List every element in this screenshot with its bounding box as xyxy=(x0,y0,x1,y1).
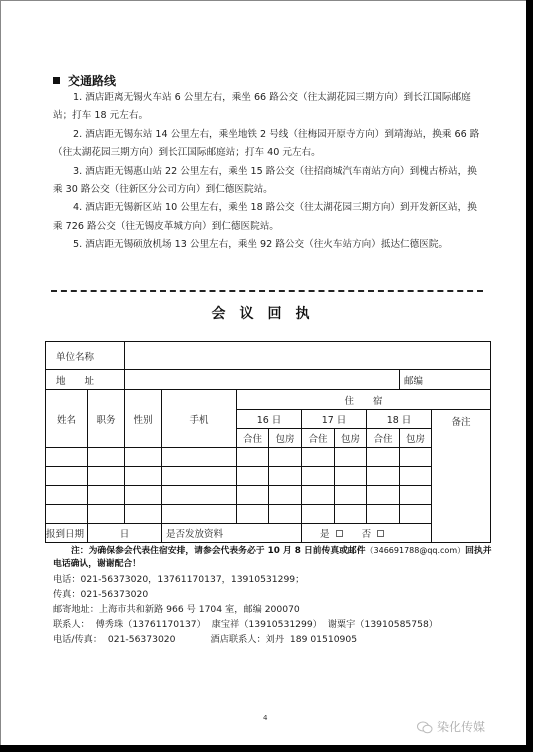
header-shared: 合住 xyxy=(302,429,335,448)
cell[interactable] xyxy=(237,467,269,486)
cell[interactable] xyxy=(125,486,162,505)
cell[interactable] xyxy=(125,448,162,467)
cell[interactable] xyxy=(88,467,125,486)
cell[interactable] xyxy=(162,448,237,467)
header-single: 包房 xyxy=(269,429,302,448)
cell[interactable] xyxy=(400,486,432,505)
cell[interactable] xyxy=(335,467,367,486)
cell[interactable] xyxy=(269,486,302,505)
square-bullet-icon xyxy=(53,77,60,84)
unit-name-field[interactable] xyxy=(125,342,491,370)
cell[interactable] xyxy=(302,505,335,524)
unit-name-label: 单位名称 xyxy=(46,342,125,370)
header-name: 姓名 xyxy=(46,390,88,448)
contact-phone: 电话：021-56373020，13761170137，13910531299； xyxy=(53,572,304,587)
contact-address: 邮寄地址：上海市共和新路 966 号 1704 室，邮编 200070 xyxy=(53,602,300,617)
header-position: 职务 xyxy=(88,390,125,448)
header-day-17: 17 日 xyxy=(302,410,367,429)
contact-fax: 传真：021-56373020 xyxy=(53,587,148,602)
header-gender: 性别 xyxy=(125,390,162,448)
cell[interactable] xyxy=(46,448,88,467)
registration-form-table: 单位名称 地 址 邮编 姓名 职务 性别 手机 住 宿 16 日 17 日 18… xyxy=(45,341,491,543)
materials-label: 是否发放资料 xyxy=(162,524,302,543)
email-link[interactable]: （346691788@qq.com） xyxy=(366,546,466,555)
form-title: 会议回执 xyxy=(1,303,533,323)
route-item: 3. 酒店距无锡惠山站 22 公里左右，乘坐 15 路公交（往招商城汽车南站方向… xyxy=(53,163,485,200)
route-item: 1. 酒店距离无锡火车站 6 公里左右，乘坐 66 路公交（往太湖花园三期方向）… xyxy=(53,89,485,126)
cell[interactable] xyxy=(162,486,237,505)
cell[interactable] xyxy=(335,448,367,467)
materials-choice: 是 否 xyxy=(302,524,491,543)
route-item: 4. 酒店距无锡新区站 10 公里左右，乘坐 18 路公交（往太湖花园三期方向）… xyxy=(53,199,485,236)
document-page: 交通路线 1. 酒店距离无锡火车站 6 公里左右，乘坐 66 路公交（往太湖花园… xyxy=(0,0,526,745)
attendee-row xyxy=(46,448,491,467)
cell[interactable] xyxy=(88,448,125,467)
yes-checkbox[interactable] xyxy=(336,530,343,537)
contact-people: 联系人： 傅秀珠（13761170137） 康宝祥（13910531299） 谢… xyxy=(53,617,438,632)
cell[interactable] xyxy=(400,505,432,524)
route-list: 1. 酒店距离无锡火车站 6 公里左右，乘坐 66 路公交（往太湖花园三期方向）… xyxy=(53,89,485,255)
cell[interactable] xyxy=(162,505,237,524)
contact-phone-fax: 电话/传真： 021-56373020 酒店联系人：刘丹 189 0151090… xyxy=(53,632,357,647)
cell[interactable] xyxy=(367,467,400,486)
cell[interactable] xyxy=(125,467,162,486)
cell[interactable] xyxy=(237,486,269,505)
cell[interactable] xyxy=(237,448,269,467)
header-lodging: 住 宿 xyxy=(237,390,491,410)
cell[interactable] xyxy=(88,505,125,524)
header-day-16: 16 日 xyxy=(237,410,302,429)
cell[interactable] xyxy=(269,467,302,486)
cell[interactable] xyxy=(46,467,88,486)
form-note: 注：为确保参会代表住宿安排，请参会代表务必于 10 月 8 日前传真或邮件（34… xyxy=(53,544,493,571)
cell[interactable] xyxy=(367,505,400,524)
attendee-row xyxy=(46,486,491,505)
arrival-date-label: 报到日期 xyxy=(46,524,88,543)
cell[interactable] xyxy=(237,505,269,524)
no-checkbox[interactable] xyxy=(377,530,384,537)
watermark: 染化传媒 xyxy=(417,718,485,735)
cell[interactable] xyxy=(367,486,400,505)
footer-row: 报到日期 日 是否发放资料 是 否 xyxy=(46,524,491,543)
header-day-18: 18 日 xyxy=(367,410,432,429)
header-mobile: 手机 xyxy=(162,390,237,448)
cell[interactable] xyxy=(269,448,302,467)
cell[interactable] xyxy=(125,505,162,524)
attendee-row xyxy=(46,467,491,486)
cell[interactable] xyxy=(302,448,335,467)
attendee-row xyxy=(46,505,491,524)
cell[interactable] xyxy=(88,486,125,505)
header-single: 包房 xyxy=(335,429,367,448)
header-shared: 合住 xyxy=(237,429,269,448)
header-single: 包房 xyxy=(400,429,432,448)
cell[interactable] xyxy=(162,467,237,486)
section-heading: 交通路线 xyxy=(53,72,116,89)
route-item: 2. 酒店距无锡东站 14 公里左右，乘坐地铁 2 号线（往梅园开原寺方向）到靖… xyxy=(53,126,485,163)
cell[interactable] xyxy=(367,448,400,467)
postcode-label: 邮编 xyxy=(400,370,491,390)
route-item: 5. 酒店距无锡硕放机场 13 公里左右，乘坐 92 路公交（往火车站方向）抵达… xyxy=(53,236,485,254)
cell[interactable] xyxy=(335,486,367,505)
page-number: 4 xyxy=(263,714,267,722)
cell[interactable] xyxy=(335,505,367,524)
cell[interactable] xyxy=(46,486,88,505)
arrival-day-field[interactable]: 日 xyxy=(88,524,162,543)
cell[interactable] xyxy=(400,448,432,467)
cell[interactable] xyxy=(302,486,335,505)
address-label: 地 址 xyxy=(46,370,125,390)
header-shared: 合住 xyxy=(367,429,400,448)
cell[interactable] xyxy=(400,467,432,486)
cell[interactable] xyxy=(46,505,88,524)
cut-line-divider xyxy=(51,290,483,292)
wechat-icon xyxy=(417,720,437,734)
cell[interactable] xyxy=(269,505,302,524)
address-field[interactable] xyxy=(125,370,400,390)
cell[interactable] xyxy=(302,467,335,486)
